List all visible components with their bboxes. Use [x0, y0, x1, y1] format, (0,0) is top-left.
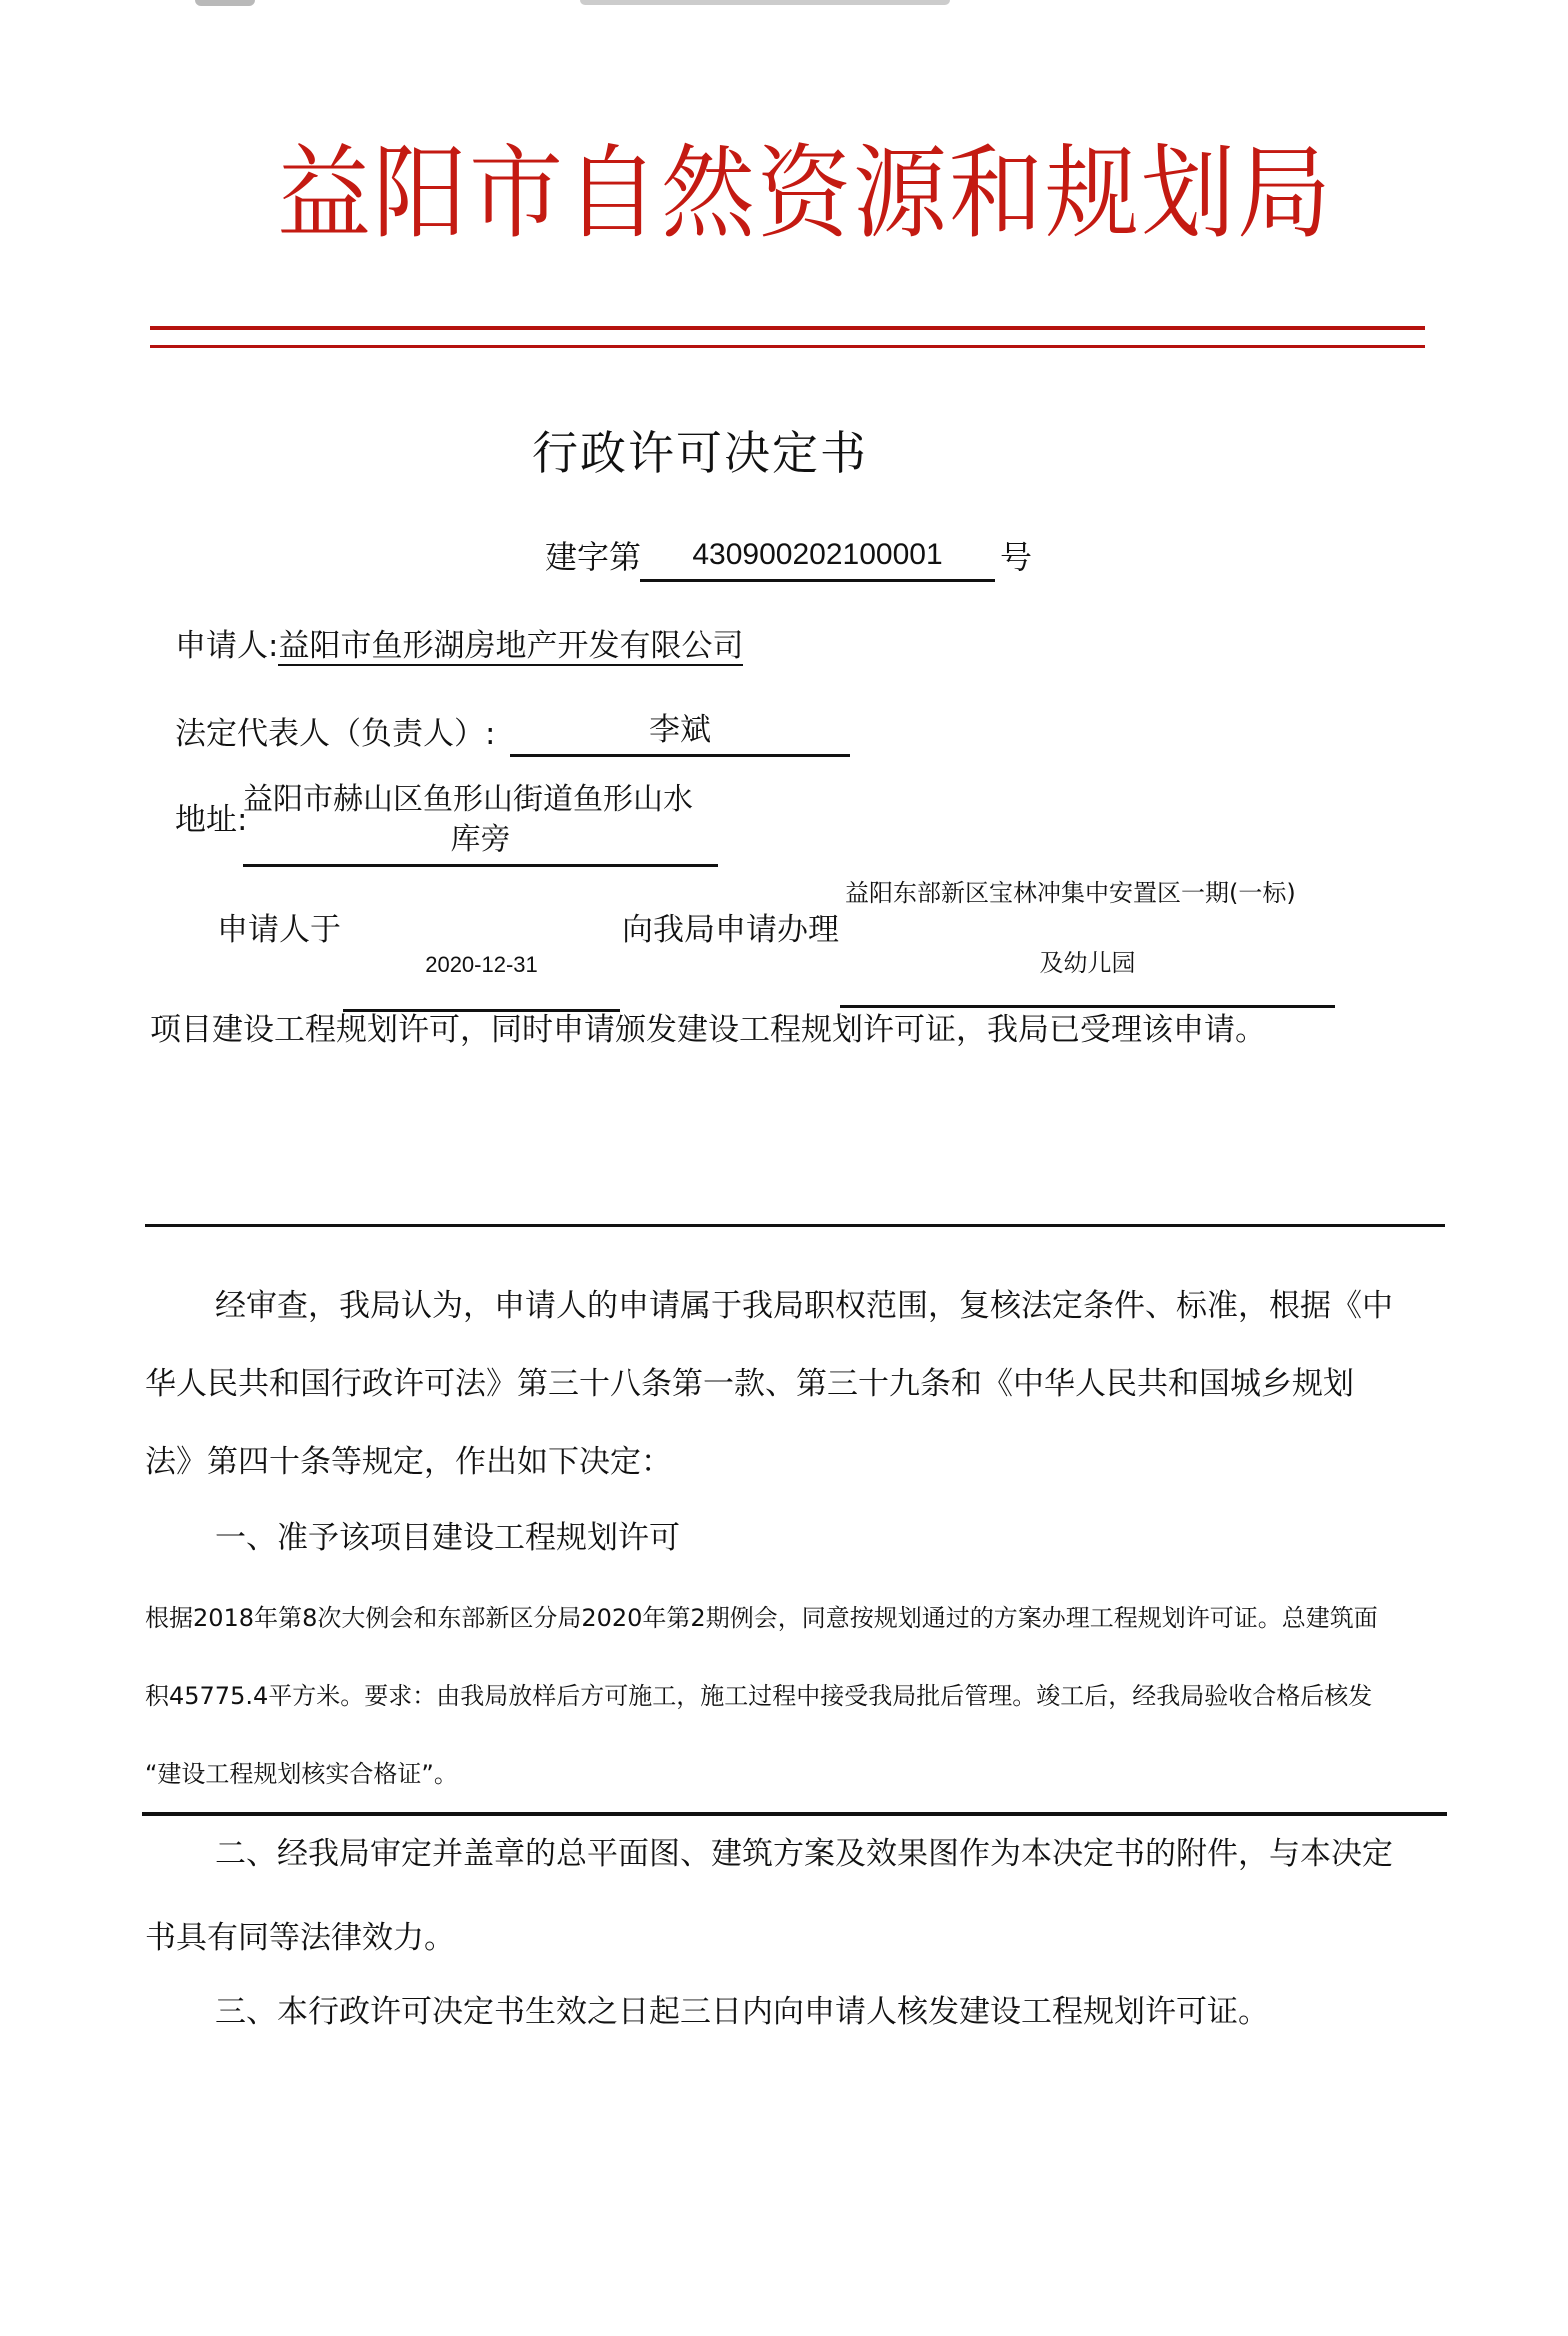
decision-item-3: 三、本行政许可决定书生效之日起三日内向申请人核发建设工程规划许可证。	[215, 1992, 1269, 2032]
applicant-value: 益阳市鱼形湖房地产开发有限公司	[278, 628, 743, 666]
decision-item-1-detail-line1: 根据2018年第8次大例会和东部新区分局2020年第2期例会，同意按规划通过的方…	[145, 1598, 1378, 1638]
header-red-rule-thick	[150, 326, 1425, 330]
scan-artifact	[580, 0, 950, 5]
decision-item-1-detail-line2: 积45775.4平方米。要求：由我局放样后方可施工，施工过程中接受我局批后管理。…	[145, 1676, 1372, 1716]
section-divider	[145, 1224, 1445, 1227]
document-number-value: 430900202100001	[640, 535, 995, 582]
representative-value: 李斌	[510, 710, 850, 757]
address-value-line1: 益阳市赫山区鱼形山街道鱼形山水	[243, 780, 693, 820]
address-value-line2: 库旁	[243, 820, 718, 867]
decision-item-2-line2: 书具有同等法律效力。	[145, 1918, 455, 1958]
application-suffix: 项目建设工程规划许可，同时申请颁发建设工程规划许可证，我局已受理该申请。	[150, 1010, 1266, 1050]
review-paragraph-line2: 华人民共和国行政许可法》第三十八条第一款、第三十九条和《中华人民共和国城乡规划	[145, 1364, 1354, 1404]
header-red-rule-thin	[150, 345, 1425, 348]
review-paragraph-line1: 经审查，我局认为，申请人的申请属于我局职权范围，复核法定条件、标准，根据《中	[215, 1286, 1393, 1326]
scan-artifact	[195, 0, 255, 6]
decision-item-1-detail-line3: “建设工程规划核实合格证”。	[145, 1754, 458, 1794]
section-divider	[142, 1812, 1447, 1816]
project-name-line2: 及幼儿园	[840, 943, 1335, 1008]
applicant-field: 申请人:益阳市鱼形湖房地产开发有限公司	[175, 626, 743, 666]
document-number-label: 建字第	[545, 537, 641, 577]
application-date: 2020-12-31	[343, 945, 620, 1012]
applicant-label: 申请人:	[175, 628, 278, 664]
document-title: 行政许可决定书	[420, 425, 980, 481]
application-middle: 向我局申请办理	[622, 910, 839, 950]
representative-label: 法定代表人（负责人）:	[175, 714, 495, 754]
document-number-suffix: 号	[1000, 537, 1032, 577]
application-prefix: 申请人于	[217, 910, 341, 950]
decision-item-2-line1: 二、经我局审定并盖章的总平面图、建筑方案及效果图作为本决定书的附件，与本决定	[215, 1834, 1393, 1874]
address-label: 地址:	[175, 800, 247, 840]
decision-item-1-title: 一、准予该项目建设工程规划许可	[215, 1518, 680, 1558]
project-name-line1: 益阳东部新区宝林冲集中安置区一期(一标)	[845, 873, 1296, 913]
organization-header: 益阳市自然资源和规划局	[270, 136, 1340, 255]
review-paragraph-line3: 法》第四十条等规定，作出如下决定：	[145, 1442, 672, 1482]
